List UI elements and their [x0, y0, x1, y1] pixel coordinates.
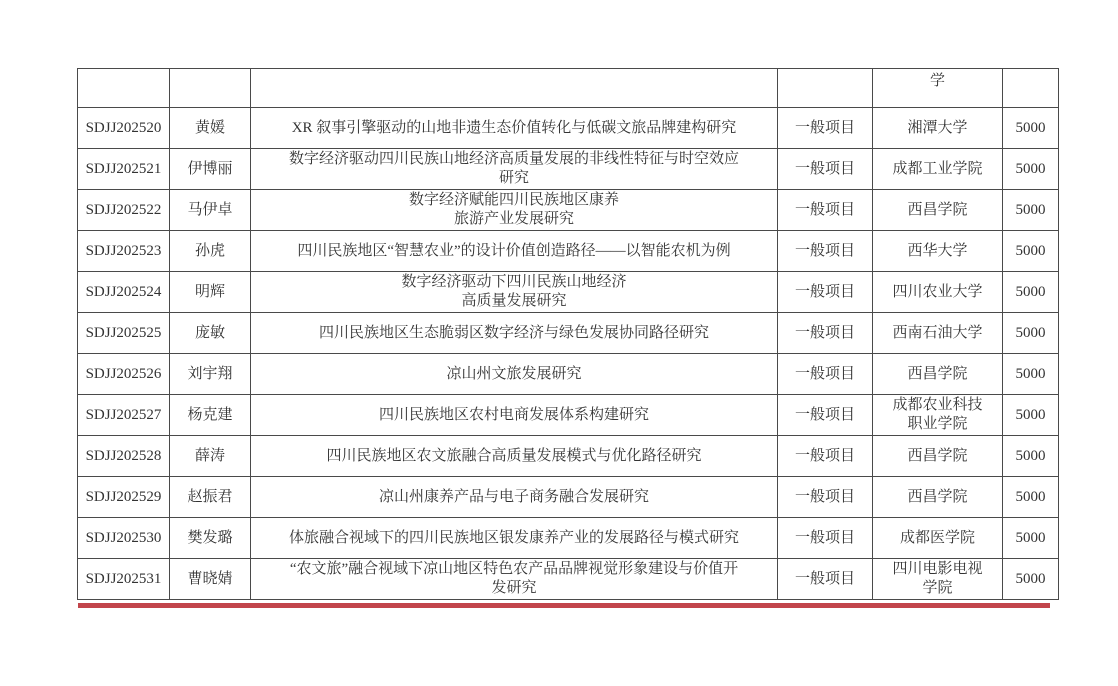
cell-type: 一般项目	[778, 395, 873, 436]
cell-amount: 5000	[1003, 190, 1059, 231]
cell-title: 数字经济驱动下四川民族山地经济 高质量发展研究	[251, 272, 778, 313]
cell-institution: 成都医学院	[873, 518, 1003, 559]
cell-id: SDJJ202525	[78, 313, 170, 354]
table-row: SDJJ202522 马伊卓 数字经济赋能四川民族地区康养 旅游产业发展研究 一…	[78, 190, 1059, 231]
cell-type: 一般项目	[778, 190, 873, 231]
cell-name: 赵振君	[170, 477, 251, 518]
cell-institution: 四川电影电视 学院	[873, 559, 1003, 600]
cell-type: 一般项目	[778, 272, 873, 313]
cell-amount: 5000	[1003, 477, 1059, 518]
cell-amount: 5000	[1003, 108, 1059, 149]
table-row: SDJJ202524 明辉 数字经济驱动下四川民族山地经济 高质量发展研究 一般…	[78, 272, 1059, 313]
cell-name: 庞敏	[170, 313, 251, 354]
cell-title: 四川民族地区生态脆弱区数字经济与绿色发展协同路径研究	[251, 313, 778, 354]
cell-id: SDJJ202523	[78, 231, 170, 272]
cell-type: 一般项目	[778, 108, 873, 149]
table-row-partial: 学	[78, 69, 1059, 108]
table-row: SDJJ202520 黄媛 XR 叙事引擎驱动的山地非遗生态价值转化与低碳文旅品…	[78, 108, 1059, 149]
cell-type: 一般项目	[778, 518, 873, 559]
red-underline-decoration	[78, 603, 1050, 608]
cell-type	[778, 69, 873, 108]
cell-title: 四川民族地区农文旅融合高质量发展模式与优化路径研究	[251, 436, 778, 477]
cell-name: 樊发璐	[170, 518, 251, 559]
cell-institution: 西华大学	[873, 231, 1003, 272]
cell-id: SDJJ202522	[78, 190, 170, 231]
cell-title: 体旅融合视域下的四川民族地区银发康养产业的发展路径与模式研究	[251, 518, 778, 559]
cell-name: 薛涛	[170, 436, 251, 477]
cell-amount: 5000	[1003, 313, 1059, 354]
cell-amount: 5000	[1003, 559, 1059, 600]
projects-table: 学 SDJJ202520 黄媛 XR 叙事引擎驱动的山地非遗生态价值转化与低碳文…	[77, 68, 1059, 600]
table-row: SDJJ202523 孙虎 四川民族地区“智慧农业”的设计价值创造路径——以智能…	[78, 231, 1059, 272]
cell-title	[251, 69, 778, 108]
cell-amount	[1003, 69, 1059, 108]
cell-institution: 四川农业大学	[873, 272, 1003, 313]
table-row: SDJJ202521 伊博丽 数字经济驱动四川民族山地经济高质量发展的非线性特征…	[78, 149, 1059, 190]
table-row: SDJJ202526 刘宇翔 凉山州文旅发展研究 一般项目 西昌学院 5000	[78, 354, 1059, 395]
table-row: SDJJ202529 赵振君 凉山州康养产品与电子商务融合发展研究 一般项目 西…	[78, 477, 1059, 518]
cell-title: 数字经济驱动四川民族山地经济高质量发展的非线性特征与时空效应 研究	[251, 149, 778, 190]
cell-institution: 西昌学院	[873, 477, 1003, 518]
table-row: SDJJ202530 樊发璐 体旅融合视域下的四川民族地区银发康养产业的发展路径…	[78, 518, 1059, 559]
cell-id	[78, 69, 170, 108]
cell-amount: 5000	[1003, 518, 1059, 559]
cell-amount: 5000	[1003, 436, 1059, 477]
cell-amount: 5000	[1003, 149, 1059, 190]
cell-id: SDJJ202527	[78, 395, 170, 436]
cell-type: 一般项目	[778, 354, 873, 395]
cell-name: 黄媛	[170, 108, 251, 149]
cell-id: SDJJ202530	[78, 518, 170, 559]
cell-type: 一般项目	[778, 313, 873, 354]
cell-institution: 西昌学院	[873, 354, 1003, 395]
cell-name: 杨克建	[170, 395, 251, 436]
cell-institution-fragment: 学	[873, 69, 1003, 108]
cell-name: 孙虎	[170, 231, 251, 272]
table-row: SDJJ202528 薛涛 四川民族地区农文旅融合高质量发展模式与优化路径研究 …	[78, 436, 1059, 477]
cell-name: 曹晓婧	[170, 559, 251, 600]
cell-name	[170, 69, 251, 108]
cell-id: SDJJ202520	[78, 108, 170, 149]
cell-id: SDJJ202529	[78, 477, 170, 518]
table-row: SDJJ202531 曹晓婧 “农文旅”融合视域下凉山地区特色农产品品牌视觉形象…	[78, 559, 1059, 600]
cell-id: SDJJ202521	[78, 149, 170, 190]
cell-amount: 5000	[1003, 354, 1059, 395]
cell-amount: 5000	[1003, 231, 1059, 272]
cell-institution: 西昌学院	[873, 190, 1003, 231]
table-row: SDJJ202525 庞敏 四川民族地区生态脆弱区数字经济与绿色发展协同路径研究…	[78, 313, 1059, 354]
cell-type: 一般项目	[778, 149, 873, 190]
cell-name: 明辉	[170, 272, 251, 313]
cell-institution: 成都工业学院	[873, 149, 1003, 190]
table-row: SDJJ202527 杨克建 四川民族地区农村电商发展体系构建研究 一般项目 成…	[78, 395, 1059, 436]
cell-name: 伊博丽	[170, 149, 251, 190]
cell-title: 数字经济赋能四川民族地区康养 旅游产业发展研究	[251, 190, 778, 231]
cell-institution: 西昌学院	[873, 436, 1003, 477]
cell-amount: 5000	[1003, 272, 1059, 313]
cell-title: 凉山州文旅发展研究	[251, 354, 778, 395]
cell-institution: 湘潭大学	[873, 108, 1003, 149]
cell-type: 一般项目	[778, 477, 873, 518]
cell-title: “农文旅”融合视域下凉山地区特色农产品品牌视觉形象建设与价值开 发研究	[251, 559, 778, 600]
cell-institution: 成都农业科技 职业学院	[873, 395, 1003, 436]
cell-id: SDJJ202531	[78, 559, 170, 600]
cell-id: SDJJ202526	[78, 354, 170, 395]
cell-id: SDJJ202528	[78, 436, 170, 477]
cell-name: 刘宇翔	[170, 354, 251, 395]
cell-amount: 5000	[1003, 395, 1059, 436]
cell-institution: 西南石油大学	[873, 313, 1003, 354]
document-page: 学 SDJJ202520 黄媛 XR 叙事引擎驱动的山地非遗生态价值转化与低碳文…	[0, 0, 1118, 686]
cell-id: SDJJ202524	[78, 272, 170, 313]
cell-type: 一般项目	[778, 436, 873, 477]
cell-type: 一般项目	[778, 559, 873, 600]
cell-title: XR 叙事引擎驱动的山地非遗生态价值转化与低碳文旅品牌建构研究	[251, 108, 778, 149]
cell-title: 凉山州康养产品与电子商务融合发展研究	[251, 477, 778, 518]
cell-title: 四川民族地区“智慧农业”的设计价值创造路径——以智能农机为例	[251, 231, 778, 272]
cell-title: 四川民族地区农村电商发展体系构建研究	[251, 395, 778, 436]
cell-name: 马伊卓	[170, 190, 251, 231]
cell-type: 一般项目	[778, 231, 873, 272]
